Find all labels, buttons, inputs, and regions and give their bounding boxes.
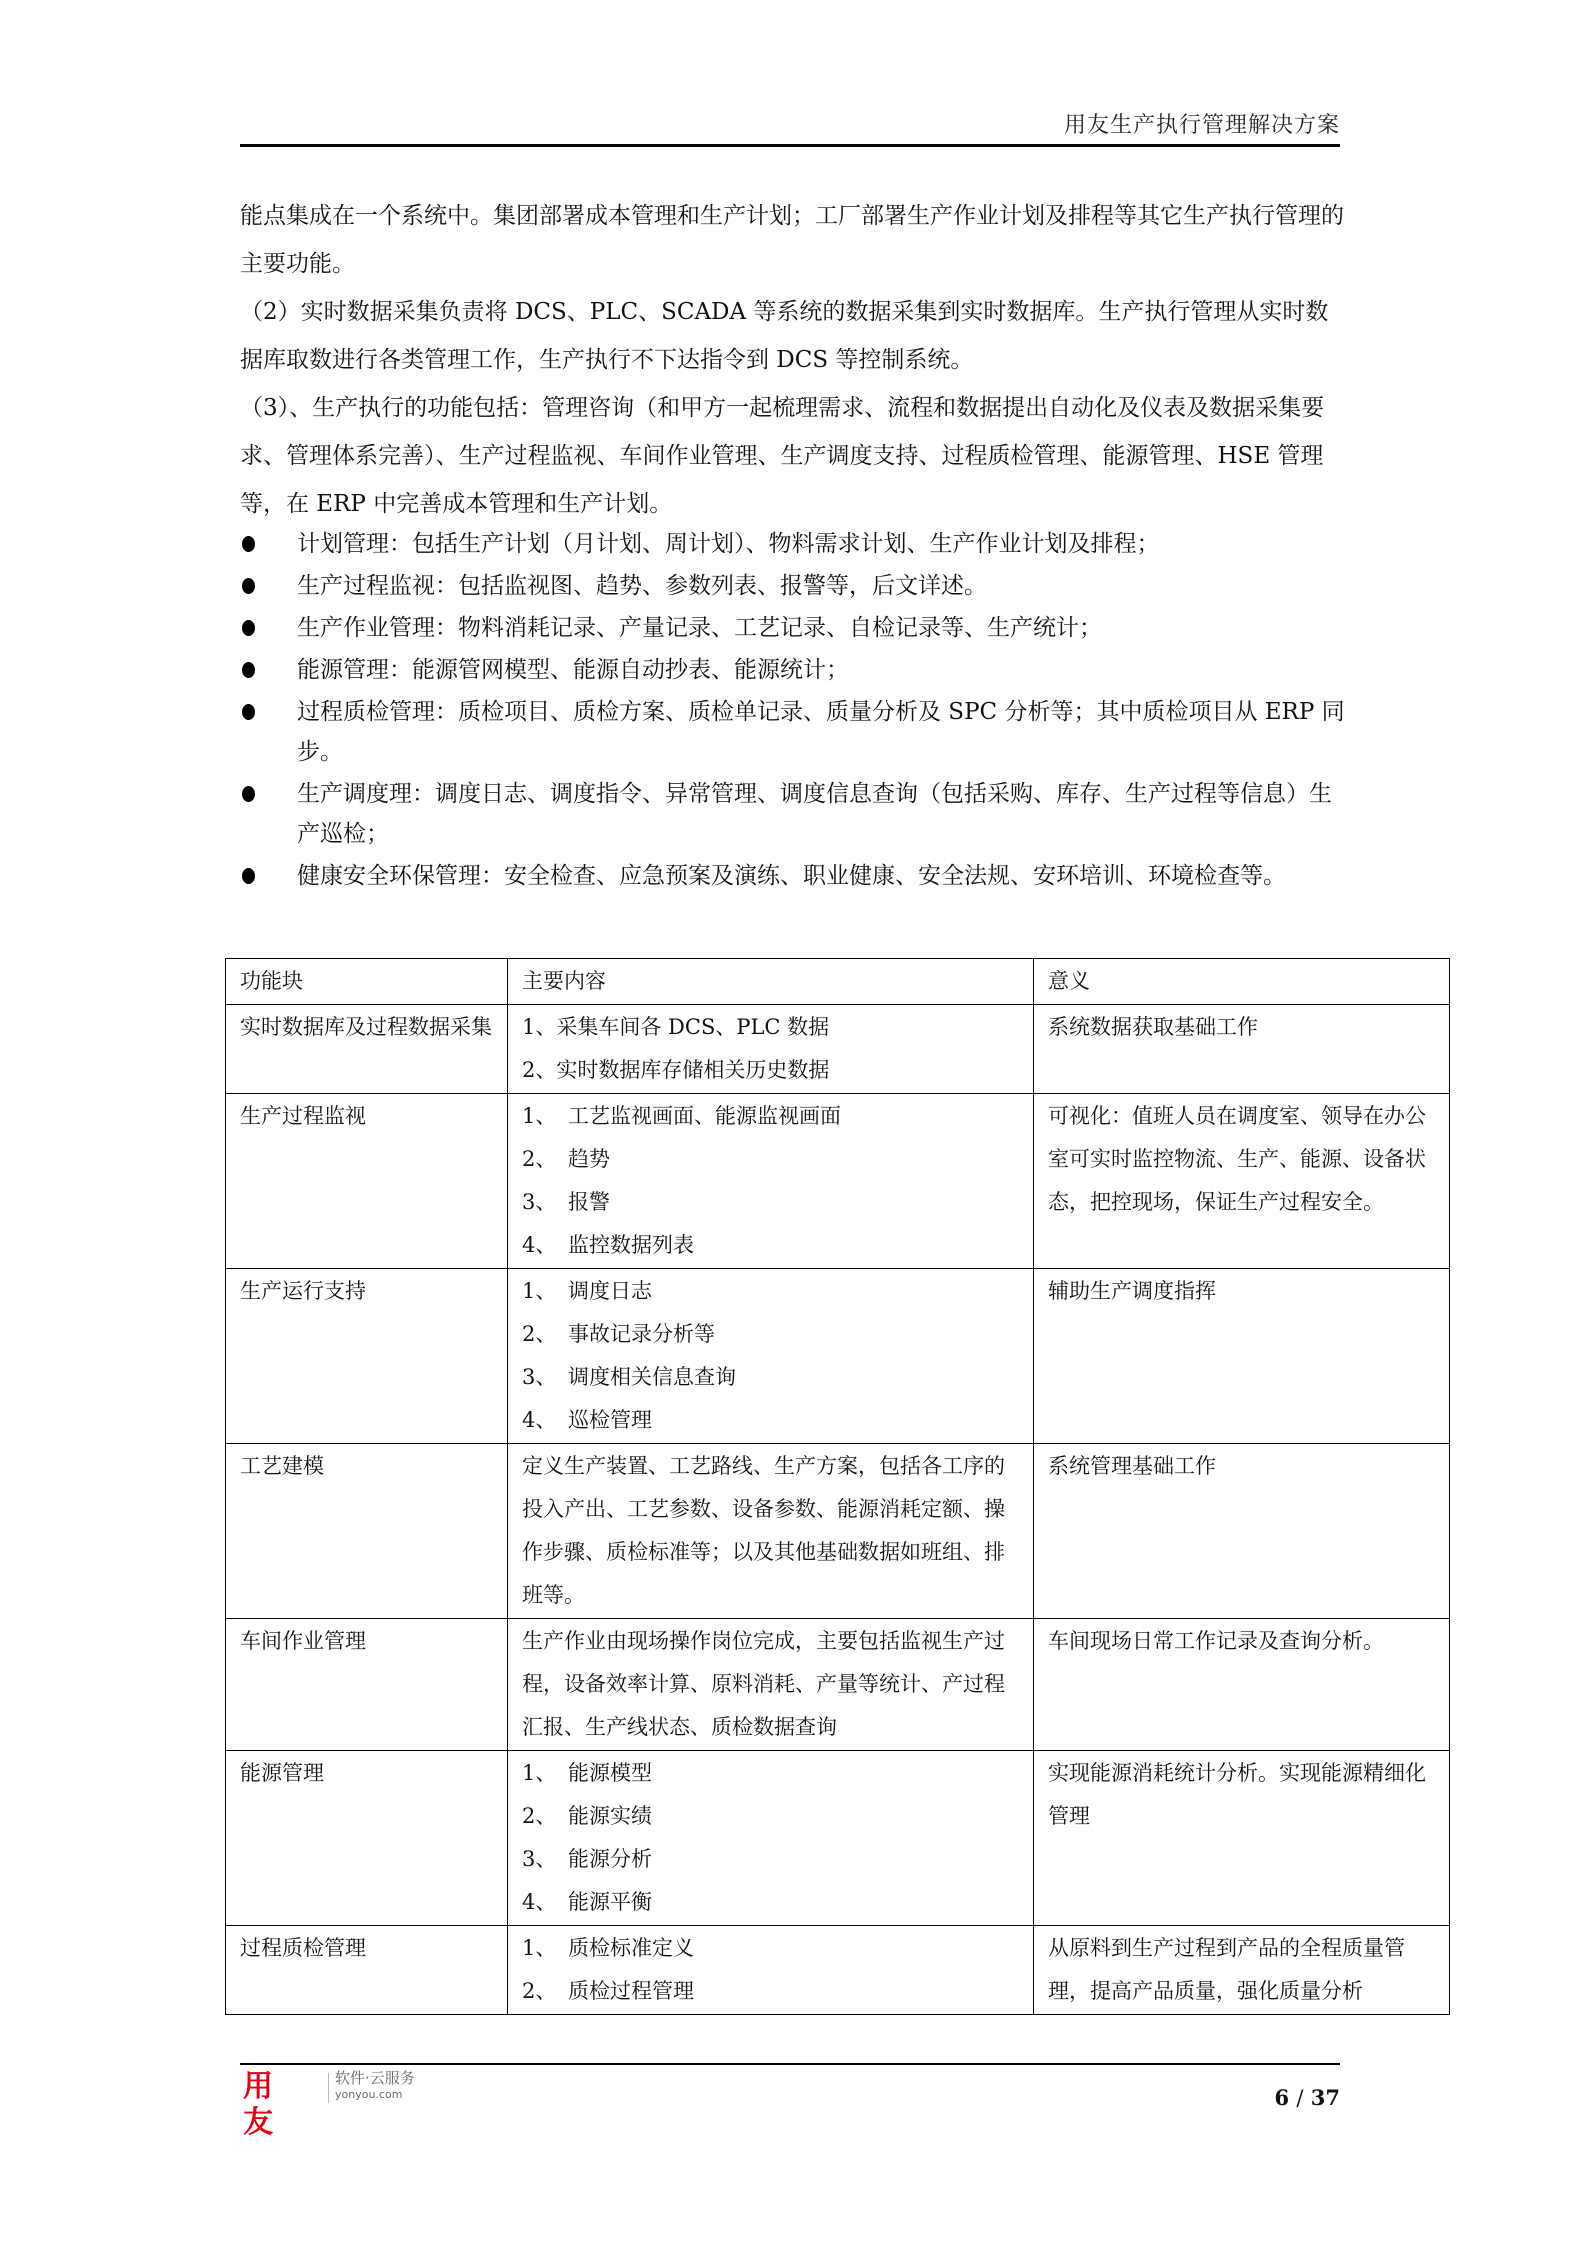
cell-block: 能源管理 xyxy=(226,1751,508,1926)
cell-content: 生产作业由现场操作岗位完成，主要包括监视生产过程，设备效率计算、原料消耗、产量等… xyxy=(508,1619,1034,1751)
table-row: 车间作业管理 生产作业由现场操作岗位完成，主要包括监视生产过程，设备效率计算、原… xyxy=(226,1619,1450,1751)
bullet-item: 能源管理：能源管网模型、能源自动抄表、能源统计； xyxy=(240,650,1345,690)
table-row: 实时数据库及过程数据采集 1、采集车间各 DCS、PLC 数据 2、实时数据库存… xyxy=(226,1005,1450,1094)
bullet-dot-icon xyxy=(242,620,255,636)
table-row: 能源管理 1、能源模型 2、能源实绩 3、能源分析 4、能源平衡 实现能源消耗统… xyxy=(226,1751,1450,1926)
page-separator: / xyxy=(1296,2086,1303,2110)
bullet-item: 健康安全环保管理：安全检查、应急预案及演练、职业健康、安全法规、安环培训、环境检… xyxy=(240,856,1345,896)
logo-url: yonyou.com xyxy=(335,2088,402,2102)
bullet-dot-icon xyxy=(242,662,255,678)
bullet-dot-icon xyxy=(242,786,255,802)
cell-meaning: 系统数据获取基础工作 xyxy=(1034,1005,1450,1094)
function-table: 功能块 主要内容 意义 实时数据库及过程数据采集 1、采集车间各 DCS、PLC… xyxy=(225,958,1450,2015)
logo-tagline: 软件·云服务 xyxy=(335,2069,415,2088)
cell-block: 过程质检管理 xyxy=(226,1926,508,2015)
column-header: 功能块 xyxy=(226,959,508,1005)
document-body: 能点集成在一个系统中。集团部署成本管理和生产计划；工厂部署生产作业计划及排程等其… xyxy=(240,192,1345,898)
bullet-dot-icon xyxy=(242,578,255,594)
cell-block: 生产运行支持 xyxy=(226,1269,508,1444)
bullet-dot-icon xyxy=(242,704,255,720)
document-title: 用友生产执行管理解决方案 xyxy=(1064,108,1340,139)
bullet-item: 过程质检管理：质检项目、质检方案、质检单记录、质量分析及 SPC 分析等；其中质… xyxy=(240,692,1345,772)
column-header: 主要内容 xyxy=(508,959,1034,1005)
bullet-dot-icon xyxy=(242,868,255,884)
header-divider xyxy=(240,144,1340,147)
cell-block: 生产过程监视 xyxy=(226,1094,508,1269)
page-number: 6 / 37 xyxy=(1274,2085,1340,2110)
paragraph: （3）、生产执行的功能包括：管理咨询（和甲方一起梳理需求、流程和数据提出自动化及… xyxy=(240,384,1345,528)
cell-meaning: 从原料到生产过程到产品的全程质量管理，提高产品质量，强化质量分析 xyxy=(1034,1926,1450,2015)
cell-content: 1、质检标准定义 2、质检过程管理 xyxy=(508,1926,1034,2015)
logo-separator xyxy=(328,2073,329,2103)
page-current: 6 xyxy=(1274,2085,1289,2110)
table-row: 生产过程监视 1、工艺监视画面、能源监视画面 2、趋势 3、报警 4、监控数据列… xyxy=(226,1094,1450,1269)
bullet-item: 计划管理：包括生产计划（月计划、周计划）、物料需求计划、生产作业计划及排程； xyxy=(240,524,1345,564)
table-row: 过程质检管理 1、质检标准定义 2、质检过程管理 从原料到生产过程到产品的全程质… xyxy=(226,1926,1450,2015)
bullet-item: 生产作业管理：物料消耗记录、产量记录、工艺记录、自检记录等、生产统计； xyxy=(240,608,1345,648)
table-header-row: 功能块 主要内容 意义 xyxy=(226,959,1450,1005)
column-header: 意义 xyxy=(1034,959,1450,1005)
cell-block: 实时数据库及过程数据采集 xyxy=(226,1005,508,1094)
cell-block: 车间作业管理 xyxy=(226,1619,508,1751)
cell-content: 1、能源模型 2、能源实绩 3、能源分析 4、能源平衡 xyxy=(508,1751,1034,1926)
cell-meaning: 车间现场日常工作记录及查询分析。 xyxy=(1034,1619,1450,1751)
cell-block: 工艺建模 xyxy=(226,1444,508,1619)
cell-content: 1、采集车间各 DCS、PLC 数据 2、实时数据库存储相关历史数据 xyxy=(508,1005,1034,1094)
cell-meaning: 辅助生产调度指挥 xyxy=(1034,1269,1450,1444)
cell-content: 1、工艺监视画面、能源监视画面 2、趋势 3、报警 4、监控数据列表 xyxy=(508,1094,1034,1269)
paragraph: （2）实时数据采集负责将 DCS、PLC、SCADA 等系统的数据采集到实时数据… xyxy=(240,288,1345,384)
cell-content: 1、调度日志 2、事故记录分析等 3、调度相关信息查询 4、巡检管理 xyxy=(508,1269,1034,1444)
table-row: 工艺建模 定义生产装置、工艺路线、生产方案，包括各工序的投入产出、工艺参数、设备… xyxy=(226,1444,1450,1619)
cell-meaning: 实现能源消耗统计分析。实现能源精细化管理 xyxy=(1034,1751,1450,1926)
paragraph: 能点集成在一个系统中。集团部署成本管理和生产计划；工厂部署生产作业计划及排程等其… xyxy=(240,192,1345,288)
bullet-dot-icon xyxy=(242,536,255,552)
cell-meaning: 系统管理基础工作 xyxy=(1034,1444,1450,1619)
bullet-item: 生产调度理：调度日志、调度指令、异常管理、调度信息查询（包括采购、库存、生产过程… xyxy=(240,774,1345,854)
footer-divider xyxy=(240,2063,1340,2065)
page-header: 用友生产执行管理解决方案 xyxy=(240,108,1340,144)
feature-bullet-list: 计划管理：包括生产计划（月计划、周计划）、物料需求计划、生产作业计划及排程； 生… xyxy=(240,524,1345,896)
bullet-item: 生产过程监视：包括监视图、趋势、参数列表、报警等，后文详述。 xyxy=(240,566,1345,606)
cell-meaning: 可视化：值班人员在调度室、领导在办公室可实时监控物流、生产、能源、设备状态，把控… xyxy=(1034,1094,1450,1269)
page-total: 37 xyxy=(1311,2085,1340,2110)
table-row: 生产运行支持 1、调度日志 2、事故记录分析等 3、调度相关信息查询 4、巡检管… xyxy=(226,1269,1450,1444)
cell-content: 定义生产装置、工艺路线、生产方案，包括各工序的投入产出、工艺参数、设备参数、能源… xyxy=(508,1444,1034,1619)
logo-mark: 用友 xyxy=(243,2069,272,2141)
